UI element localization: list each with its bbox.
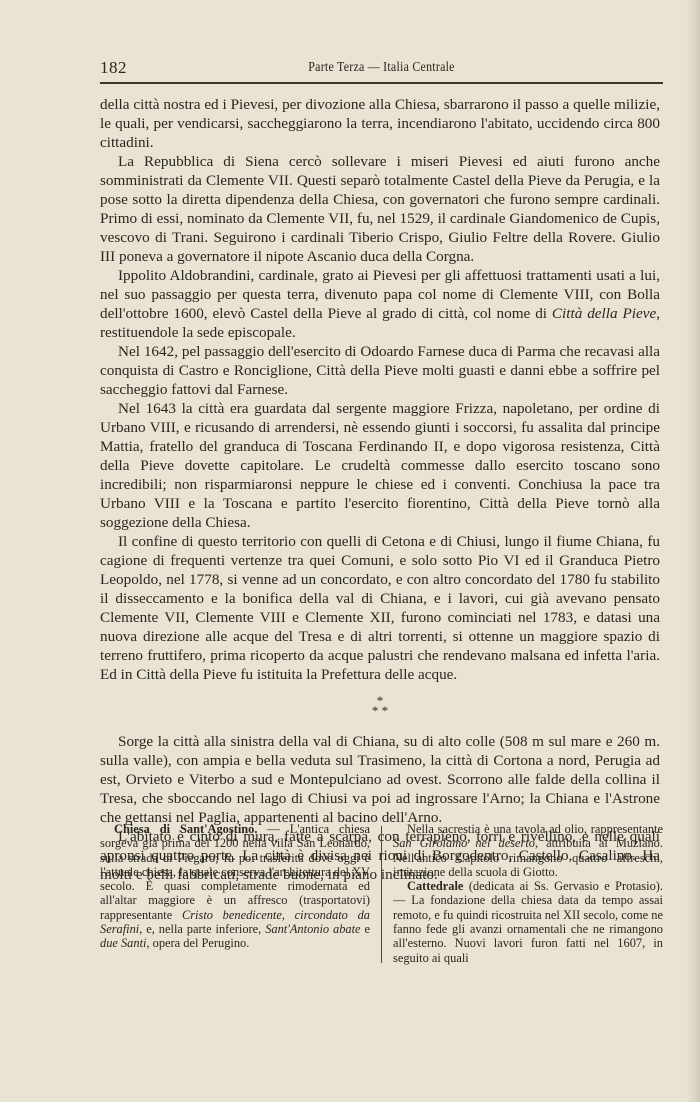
paragraph-sorge: Sorge la città alla sinistra della val d… — [100, 732, 660, 827]
paragraph-confine: Il confine di questo territorio con quel… — [100, 532, 660, 684]
italic-place-name: Città della Pieve — [552, 305, 656, 322]
page-header: 182 Parte Terza — Italia Centrale — [100, 58, 663, 80]
asterism-divider: * * * — [100, 696, 660, 720]
paragraph-aldobrandini: Ippolito Aldobrandini, cardinale, grato … — [100, 266, 660, 342]
header-rule — [100, 82, 663, 84]
section-heading-sant-agostino: Chiesa di Sant'Agostino. — [114, 822, 257, 836]
italic-artwork-title: San Girolamo nel deserto — [393, 836, 535, 850]
text-span: e — [361, 922, 370, 936]
paragraph-sant-agostino: Chiesa di Sant'Agostino. — L'antica chie… — [100, 822, 370, 951]
column-divider — [381, 826, 382, 963]
paragraph-sacrestia: Nella sacrestia è una tavola ad olio, ra… — [393, 822, 663, 879]
italic-artwork-title: Sant'Antonio abate — [265, 922, 360, 936]
section-heading-cattedrale: Cattedrale — [407, 879, 463, 893]
main-text: della città nostra ed i Pievesi, per div… — [100, 95, 660, 884]
two-column-section: Chiesa di Sant'Agostino. — L'antica chie… — [100, 822, 663, 965]
paragraph-cattedrale: Cattedrale (dedicata ai Ss. Gervasio e P… — [393, 879, 663, 965]
right-column: Nella sacrestia è una tavola ad olio, ra… — [393, 822, 663, 965]
text-span: , e, nella parte inferiore, — [139, 922, 265, 936]
paragraph-1642: Nel 1642, pel passaggio dell'esercito di… — [100, 342, 660, 399]
paragraph-repubblica-siena: La Repubblica di Siena cercò sollevare i… — [100, 152, 660, 266]
text-span: Nella sacrestia è una tavola ad olio, ra… — [407, 822, 663, 836]
paragraph-1643: Nel 1643 la città era guardata dal serge… — [100, 399, 660, 532]
page-edge-shadow — [686, 0, 700, 1102]
text-span: , opera del Perugino. — [146, 936, 249, 950]
asterism-bottom: * * — [372, 703, 388, 718]
left-column: Chiesa di Sant'Agostino. — L'antica chie… — [100, 822, 370, 965]
page-number: 182 — [100, 58, 127, 78]
running-title: Parte Terza — Italia Centrale — [142, 60, 621, 76]
italic-artwork-title: due Santi — [100, 936, 146, 950]
paragraph-continuation: della città nostra ed i Pievesi, per div… — [100, 95, 660, 152]
